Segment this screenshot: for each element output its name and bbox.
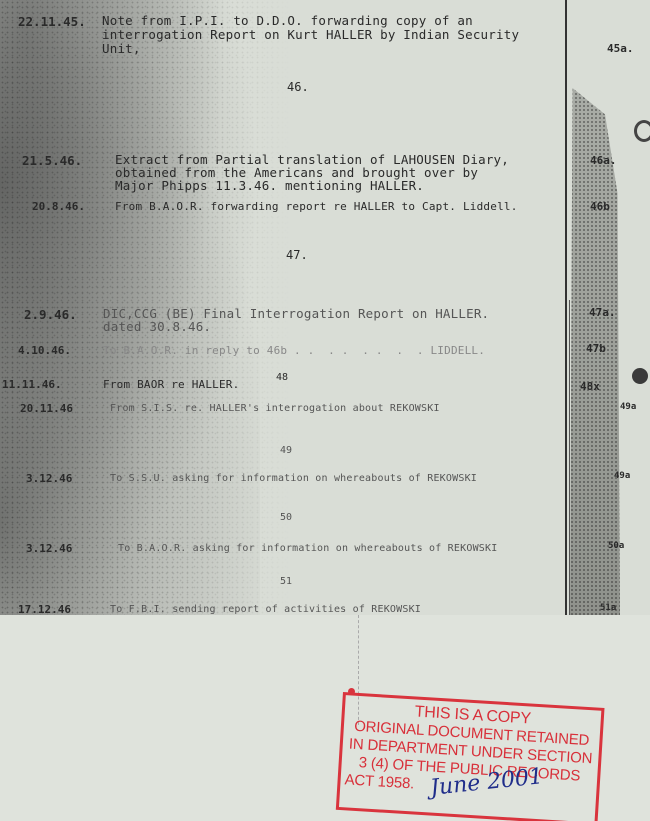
folio-number: 49a [620,402,636,412]
entry-date: 21.5.46. [22,153,82,168]
entry-date: 17.12.46 [18,603,71,615]
folio-number: 46b [590,200,610,213]
entry-text-line: interrogation Report on Kurt HALLER by I… [102,28,519,42]
margin-rule [565,0,567,615]
section-number: 51 [280,576,292,587]
entry-date: 4.10.46. [18,344,71,357]
folio-number: 47b [586,342,606,355]
entry-text-line: From S.I.S. re. HALLER's interrogation a… [110,402,440,416]
entry-date: 2.9.46. [24,307,77,322]
entry-text-line: To B.A.O.R. asking for information on wh… [118,542,497,556]
section-number: 46. [287,80,309,94]
section-number: 47. [286,248,308,262]
folio-number: 46a. [590,154,617,167]
document-page: 22.11.45. Note from I.P.I. to D.D.O. for… [0,0,650,615]
entry-date: 22.11.45. [18,14,86,29]
entry-text-line: To F.B.I. sending report of activities o… [110,603,421,615]
entry-date: 20.8.46. [32,200,85,213]
entry-text-line: dated 30.8.46. [103,320,211,334]
margin-rule-secondary [569,300,570,615]
public-records-stamp: THIS IS A COPY ORIGINAL DOCUMENT RETAINE… [336,692,605,821]
folio-number: 47a. [589,306,616,319]
section-number: 49 [280,445,292,456]
section-number: 50 [280,512,292,523]
entry-date: 20.11.46 [20,402,73,415]
entry-text-line: Unit, [102,42,141,56]
entry-text-line: From BAOR re HALLER. [103,378,239,392]
entry-text-line: From B.A.O.R. forwarding report re HALLE… [115,200,518,214]
entry-text-line: Major Phipps 11.3.46. mentioning HALLER. [115,179,424,193]
punch-hole-icon [634,120,650,142]
entry-date: 3.12.46 [26,542,72,555]
folio-number: 48x [580,380,600,393]
section-number: 48 [276,372,288,383]
folio-number: 45a. [607,42,634,55]
punch-hole-icon [632,368,648,384]
folio-number: 49a [614,471,630,481]
entry-date: 11.11.46. [2,378,62,391]
entry-date: 3.12.46 [26,472,72,485]
folio-number: 51a [600,603,616,613]
entry-text-line: Note from I.P.I. to D.D.O. forwarding co… [102,14,473,28]
entry-text-line: To S.S.U. asking for information on wher… [110,472,477,486]
entry-text-line: To B.A.O.R. in reply to 46b . . . . . . … [103,344,485,358]
folio-number: 50a [608,541,624,551]
